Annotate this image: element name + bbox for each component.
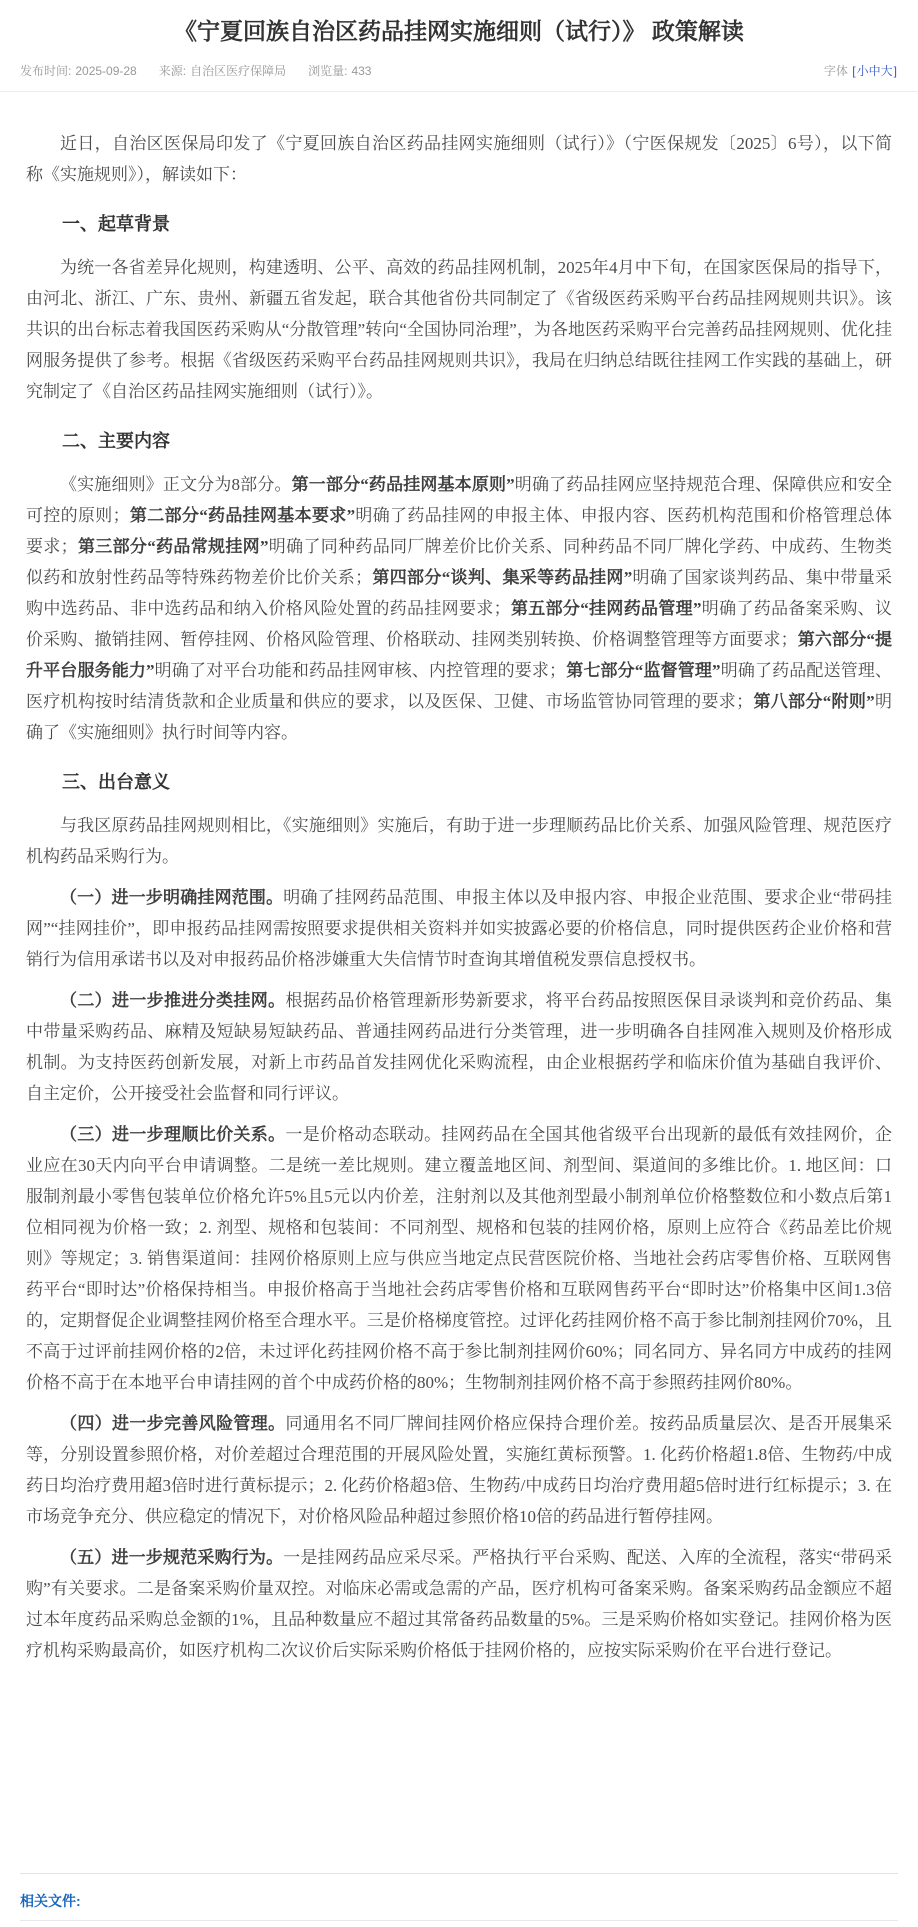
- publish-time: 发布时间:2025-09-28: [20, 62, 137, 79]
- paragraph-bold-segment: （五）进一步规范采购行为。: [60, 1548, 283, 1567]
- section-heading: 一、起草背景: [26, 210, 892, 238]
- paragraph-bold-segment: （一）进一步明确挂网范围。: [60, 888, 283, 907]
- related-files-label: 相关文件:: [20, 1891, 898, 1911]
- paragraph-bold-segment: （二）进一步推进分类挂网。: [60, 991, 285, 1010]
- view-count-value: 433: [351, 64, 371, 78]
- paragraph-bold-segment: 第四部分“谈判、集采等药品挂网”: [372, 568, 632, 587]
- source-value: 自治区医疗保障局: [190, 64, 286, 78]
- font-size-large-button[interactable]: 大: [881, 64, 893, 78]
- related-files-section: 相关文件:: [0, 1873, 918, 1927]
- paragraph: （四）进一步完善风险管理。同通用名不同厂牌间挂网价格应保持合理价差。按药品质量层…: [26, 1408, 892, 1532]
- view-count-label: 浏览量:: [308, 64, 347, 78]
- publish-time-label: 发布时间:: [20, 64, 71, 78]
- paragraph-bold-segment: 第五部分“挂网药品管理”: [511, 599, 702, 618]
- paragraph-text-segment: 一是价格动态联动。挂网药品在全国其他省级平台出现新的最低有效挂网价，企业应在30…: [26, 1125, 892, 1392]
- paragraph-bold-segment: 第八部分“附则”: [753, 692, 875, 711]
- font-size-widget: 字体 [小中大]: [824, 62, 898, 79]
- paragraph: 与我区原药品挂网规则相比，《实施细则》实施后，有助于进一步理顺药品比价关系、加强…: [26, 810, 892, 872]
- paragraph-text-segment: 为统一各省差异化规则，构建透明、公平、高效的药品挂网机制，2025年4月中下旬，…: [26, 258, 892, 401]
- font-size-bracket-close: ]: [894, 64, 897, 78]
- paragraph-bold-segment: 第一部分“药品挂网基本原则”: [292, 475, 515, 494]
- paragraph-bold-segment: （四）进一步完善风险管理。: [60, 1414, 285, 1433]
- paragraph: 为统一各省差异化规则，构建透明、公平、高效的药品挂网机制，2025年4月中下旬，…: [26, 252, 892, 407]
- paragraph-text-segment: 与我区原药品挂网规则相比，《实施细则》实施后，有助于进一步理顺药品比价关系、加强…: [26, 816, 892, 866]
- paragraph: （三）进一步理顺比价关系。一是价格动态联动。挂网药品在全国其他省级平台出现新的最…: [26, 1119, 892, 1398]
- footer-divider: [20, 1873, 898, 1874]
- paragraph: （五）进一步规范采购行为。一是挂网药品应采尽采。严格执行平台采购、配送、入库的全…: [26, 1542, 892, 1666]
- publish-time-value: 2025-09-28: [75, 64, 136, 78]
- paragraph-bold-segment: 三、出台意义: [62, 772, 170, 792]
- paragraph: （二）进一步推进分类挂网。根据药品价格管理新形势新要求，将平台药品按照医保目录谈…: [26, 985, 892, 1109]
- paragraph-bold-segment: 一、起草背景: [62, 214, 170, 234]
- article-meta-left: 发布时间:2025-09-28 来源:自治区医疗保障局 浏览量:433: [20, 62, 371, 79]
- paragraph: 近日，自治区医保局印发了《宁夏回族自治区药品挂网实施细则（试行）》（宁医保规发〔…: [26, 128, 892, 190]
- paragraph: （一）进一步明确挂网范围。明确了挂网药品范围、申报主体以及申报内容、申报企业范围…: [26, 882, 892, 975]
- paragraph-text-segment: 明确了对平台功能和药品挂网审核、内控管理的要求；: [155, 661, 567, 680]
- font-size-medium-button[interactable]: 中: [869, 64, 881, 78]
- font-size-small-button[interactable]: 小: [857, 64, 869, 78]
- paragraph-text-segment: 《实施细则》正文分为8部分。: [60, 475, 292, 494]
- paragraph: 《实施细则》正文分为8部分。第一部分“药品挂网基本原则”明确了药品挂网应坚持规范…: [26, 469, 892, 748]
- paragraph-bold-segment: （三）进一步理顺比价关系。: [60, 1125, 285, 1144]
- paragraph-bold-segment: 第三部分“药品常规挂网”: [78, 537, 269, 556]
- section-heading: 三、出台意义: [26, 768, 892, 796]
- page-title: 《宁夏回族自治区药品挂网实施细则（试行）》 政策解读: [0, 0, 918, 46]
- font-size-bracket-open: [: [852, 64, 855, 78]
- article-body: 近日，自治区医保局印发了《宁夏回族自治区药品挂网实施细则（试行）》（宁医保规发〔…: [0, 92, 918, 1666]
- section-heading: 二、主要内容: [26, 427, 892, 455]
- bottom-edge-divider: [20, 1920, 898, 1921]
- article-page: 《宁夏回族自治区药品挂网实施细则（试行）》 政策解读 发布时间:2025-09-…: [0, 0, 918, 1927]
- paragraph-bold-segment: 第七部分“监督管理”: [566, 661, 720, 680]
- font-size-label: 字体: [824, 64, 848, 78]
- source-label: 来源:: [159, 64, 186, 78]
- view-count: 浏览量:433: [308, 62, 371, 79]
- article-meta-bar: 发布时间:2025-09-28 来源:自治区医疗保障局 浏览量:433 字体 […: [0, 46, 918, 92]
- paragraph-text-segment: 近日，自治区医保局印发了《宁夏回族自治区药品挂网实施细则（试行）》（宁医保规发〔…: [26, 134, 892, 184]
- source: 来源:自治区医疗保障局: [159, 62, 286, 79]
- paragraph-bold-segment: 第二部分“药品挂网基本要求”: [130, 506, 355, 525]
- paragraph-bold-segment: 二、主要内容: [62, 431, 170, 451]
